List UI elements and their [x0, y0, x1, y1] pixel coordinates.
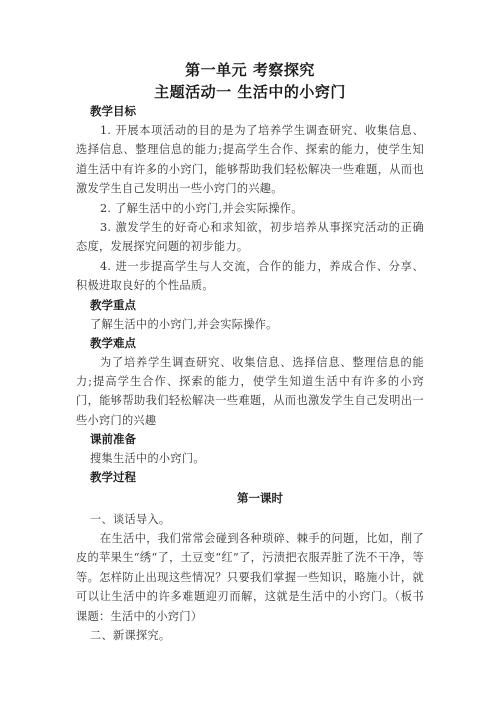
objectives-heading: 教学目标 — [76, 102, 424, 121]
difficulties-heading: 教学难点 — [76, 334, 424, 353]
objective-item-3: 3. 激发学生的好奇心和求知欲，初步培养从事探究活动的正确态度，发展探究问题的初… — [76, 218, 424, 257]
objective-item-2: 2. 了解生活中的小窍门,并会实际操作。 — [76, 199, 424, 218]
document-page: 第一单元 考察探究 主题活动一 生活中的小窍门 教学目标 1. 开展本项活动的目… — [0, 0, 500, 707]
activity-title: 主题活动一 生活中的小窍门 — [0, 81, 500, 102]
difficulties-text: 为了培养学生调查研究、收集信息、选择信息、整理信息的能力;提高学生合作、探索的能… — [76, 353, 424, 431]
key-points-heading: 教学重点 — [76, 296, 424, 315]
lesson-step-1: 一、谈话导入。 — [76, 510, 424, 529]
objectives-section: 教学目标 1. 开展本项活动的目的是为了培养学生调查研究、收集信息、选择信息、整… — [76, 102, 424, 487]
lesson-section: 一、谈话导入。 在生活中，我们常常会碰到各种琐碎、棘手的问题，比如，削了皮的苹果… — [76, 510, 424, 645]
key-points-text: 了解生活中的小窍门,并会实际操作。 — [76, 315, 424, 334]
objective-item-4: 4. 进一步提高学生与人交流，合作的能力，养成合作、分享、积极进取良好的个性品质… — [76, 257, 424, 296]
preparation-text: 搜集生活中的小窍门。 — [76, 449, 424, 468]
lesson-title: 第一课时 — [0, 490, 500, 506]
preparation-heading: 课前准备 — [76, 430, 424, 449]
lesson-step-2: 二、新课探究。 — [76, 626, 424, 645]
lesson-intro: 在生活中，我们常常会碰到各种琐碎、棘手的问题，比如，削了皮的苹果生“绣“了，土豆… — [76, 529, 424, 626]
unit-title: 第一单元 考察探究 — [0, 59, 500, 80]
objective-item-1: 1. 开展本项活动的目的是为了培养学生调查研究、收集信息、选择信息、整理信息的能… — [76, 121, 424, 199]
process-heading: 教学过程 — [76, 468, 424, 487]
